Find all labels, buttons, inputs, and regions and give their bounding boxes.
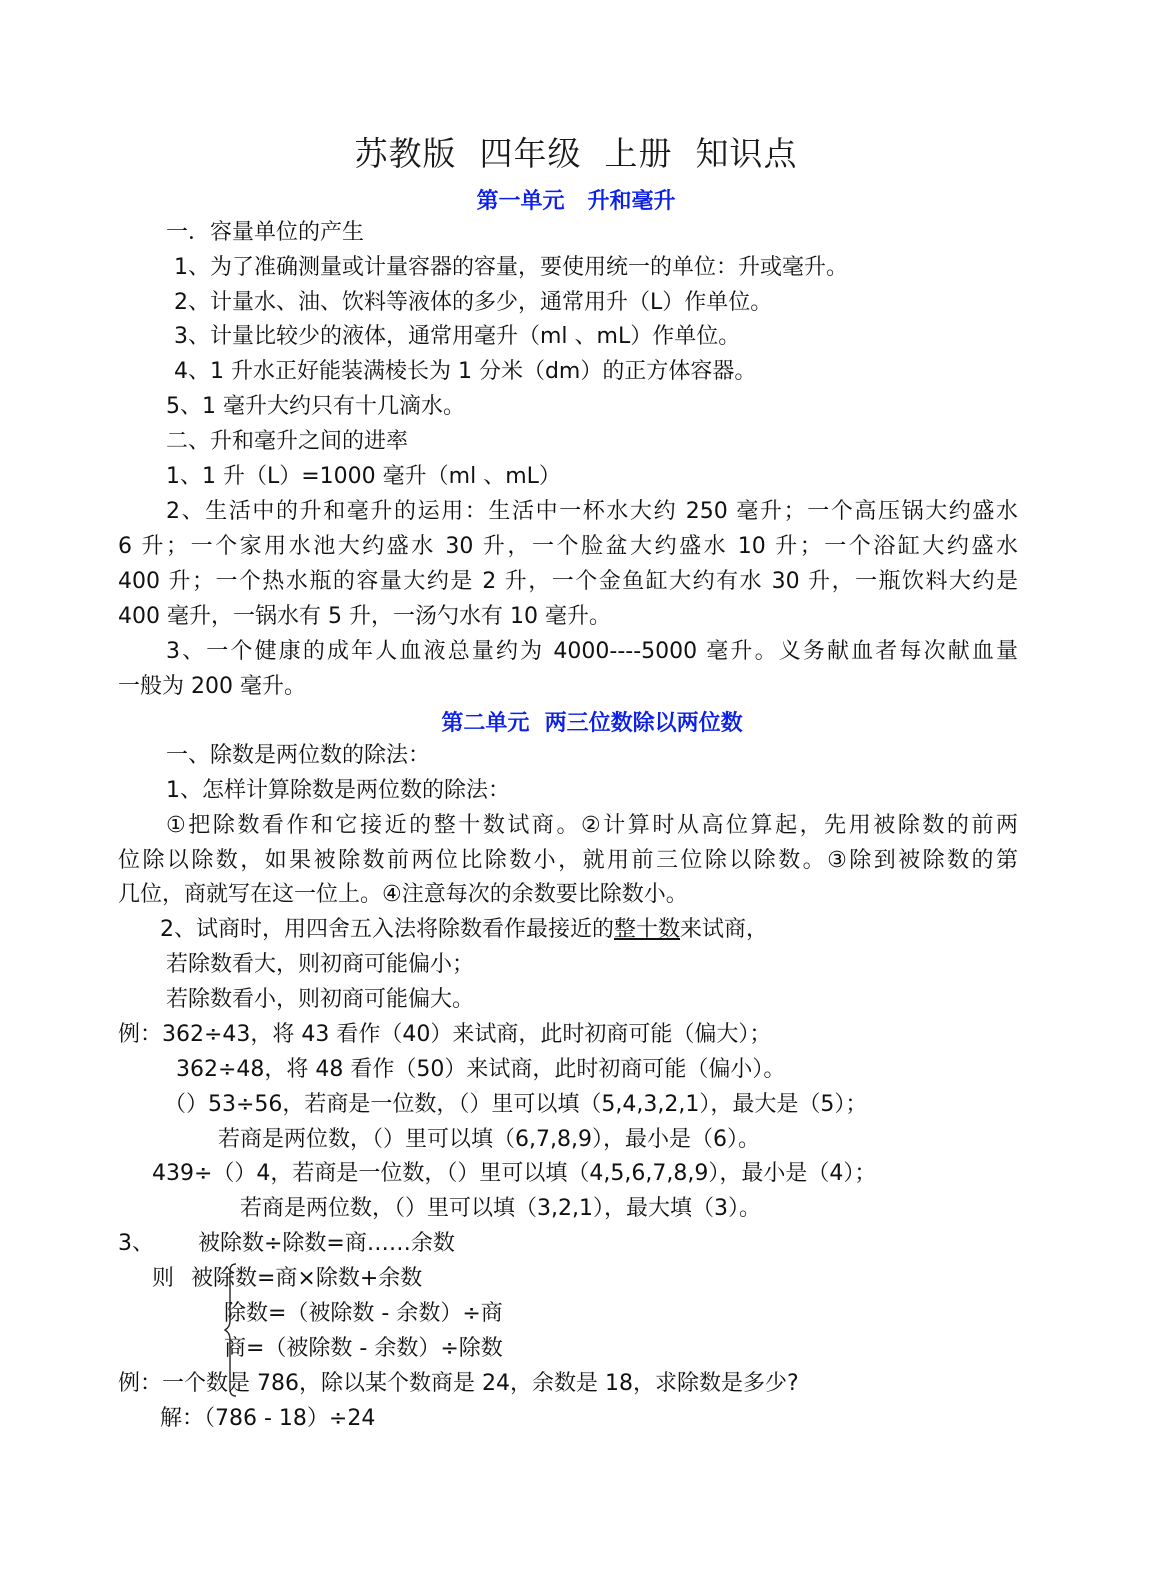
- unit2-example-6: 若商是两位数，（）里可以填（3,2,1），最大填（3）。: [240, 1194, 761, 1224]
- trial-underlined-term: 整十数: [614, 917, 680, 942]
- unit2-example-3: （）53÷56，若商是一位数，（）里可以填（5,4,3,2,1），最大是（5）；: [164, 1090, 867, 1120]
- unit1-usage-line-3: 400 升；一个热水瓶的容量大约是 2 升，一个金鱼缸大约有水 30 升，一瓶饮…: [118, 567, 1018, 597]
- formula-2: 除数=（被除数 - 余数）÷商: [224, 1299, 503, 1329]
- unit2-trial-rule-2: 若除数看小，则初商可能偏大。: [166, 985, 474, 1015]
- unit1-item-5: 5、1 毫升大约只有十几滴水。: [166, 392, 465, 422]
- document-title: 苏教版 四年级 上册 知识点: [0, 128, 1152, 175]
- formula-number: 3、: [118, 1229, 154, 1259]
- unit1-usage-line-2: 6 升；一个家用水池大约盛水 30 升，一个脸盆大约盛水 10 升；一个浴缸大约…: [118, 532, 1018, 562]
- unit1-section2-title: 二、升和毫升之间的进率: [166, 427, 408, 457]
- formula-3: 商=（被除数 - 余数）÷除数: [224, 1334, 503, 1364]
- unit2-trial-sentence: 2、试商时，用四舍五入法将除数看作最接近的整十数来试商，: [160, 915, 768, 945]
- unit2-example-4: 若商是两位数，（）里可以填（6,7,8,9），最小是（6）。: [218, 1125, 760, 1155]
- unit1-item-3: 3、计量比较少的液体，通常用毫升（ml 、mL）作单位。: [174, 322, 740, 352]
- unit1-section1-title: 一．容量单位的产生: [166, 218, 364, 248]
- unit1-blood-line-1: 3、一个健康的成年人血液总量约为 4000----5000 毫升。义务献血者每次…: [166, 637, 1018, 667]
- document-page: 苏教版 四年级 上册 知识点 第一单元 升和毫升 一．容量单位的产生 1、为了准…: [0, 0, 1152, 1595]
- unit1-usage-line-1: 2、生活中的升和毫升的运用：生活中一杯水大约 250 毫升；一个高压锅大约盛水: [166, 497, 1018, 527]
- formula-main: 被除数÷除数=商……余数: [198, 1229, 455, 1259]
- trial-suffix: 来试商，: [680, 917, 768, 942]
- unit2-example-1: 例：362÷43，将 43 看作（40）来试商，此时初商可能（偏大）；: [118, 1020, 771, 1050]
- unit1-item-4: 4、1 升水正好能装满棱长为 1 分米（dm）的正方体容器。: [174, 357, 756, 387]
- unit2-trial-rule-1: 若除数看大，则初商可能偏小；: [166, 950, 474, 980]
- unit1-item-2: 2、计量水、油、饮料等液体的多少，通常用升（L）作单位。: [174, 288, 772, 318]
- unit2-how-line-3: 几位，商就写在这一位上。④注意每次的余数要比除数小。: [118, 880, 688, 910]
- unit2-example-2: 362÷48，将 48 看作（50）来试商，此时初商可能（偏小）。: [176, 1055, 785, 1085]
- unit2-heading: 第二单元 两三位数除以两位数: [16, 706, 1152, 737]
- unit1-usage-line-4: 400 毫升，一锅水有 5 升，一汤勺水有 10 毫升。: [118, 602, 611, 632]
- trial-prefix: 2、试商时，用四舍五入法将除数看作最接近的: [160, 917, 614, 942]
- unit1-heading: 第一单元 升和毫升: [0, 184, 1152, 215]
- unit1-blood-line-2: 一般为 200 毫升。: [118, 672, 306, 702]
- unit2-how-title: 1、怎样计算除数是两位数的除法：: [166, 776, 510, 806]
- unit2-example-5: 439÷（）4，若商是一位数，（）里可以填（4,5,6,7,8,9），最小是（4…: [152, 1159, 876, 1189]
- unit1-rate: 1、1 升（L）=1000 毫升（ml 、mL）: [166, 462, 561, 492]
- solution: 解：（786 - 18）÷24: [160, 1404, 375, 1434]
- final-example: 例：一个数是 786，除以某个数商是 24，余数是 18，求除数是多少?: [118, 1369, 799, 1399]
- formula-then: 则: [152, 1264, 174, 1294]
- unit1-item-1: 1、为了准确测量或计量容器的容量，要使用统一的单位：升或毫升。: [174, 253, 848, 283]
- unit2-section1-title: 一、除数是两位数的除法：: [166, 741, 430, 771]
- unit2-how-line-1: ①把除数看作和它接近的整十数试商。②计算时从高位算起，先用被除数的前两: [166, 811, 1018, 841]
- unit2-how-line-2: 位除以除数，如果被除数前两位比除数小，就用前三位除以除数。③除到被除数的第: [118, 846, 1018, 876]
